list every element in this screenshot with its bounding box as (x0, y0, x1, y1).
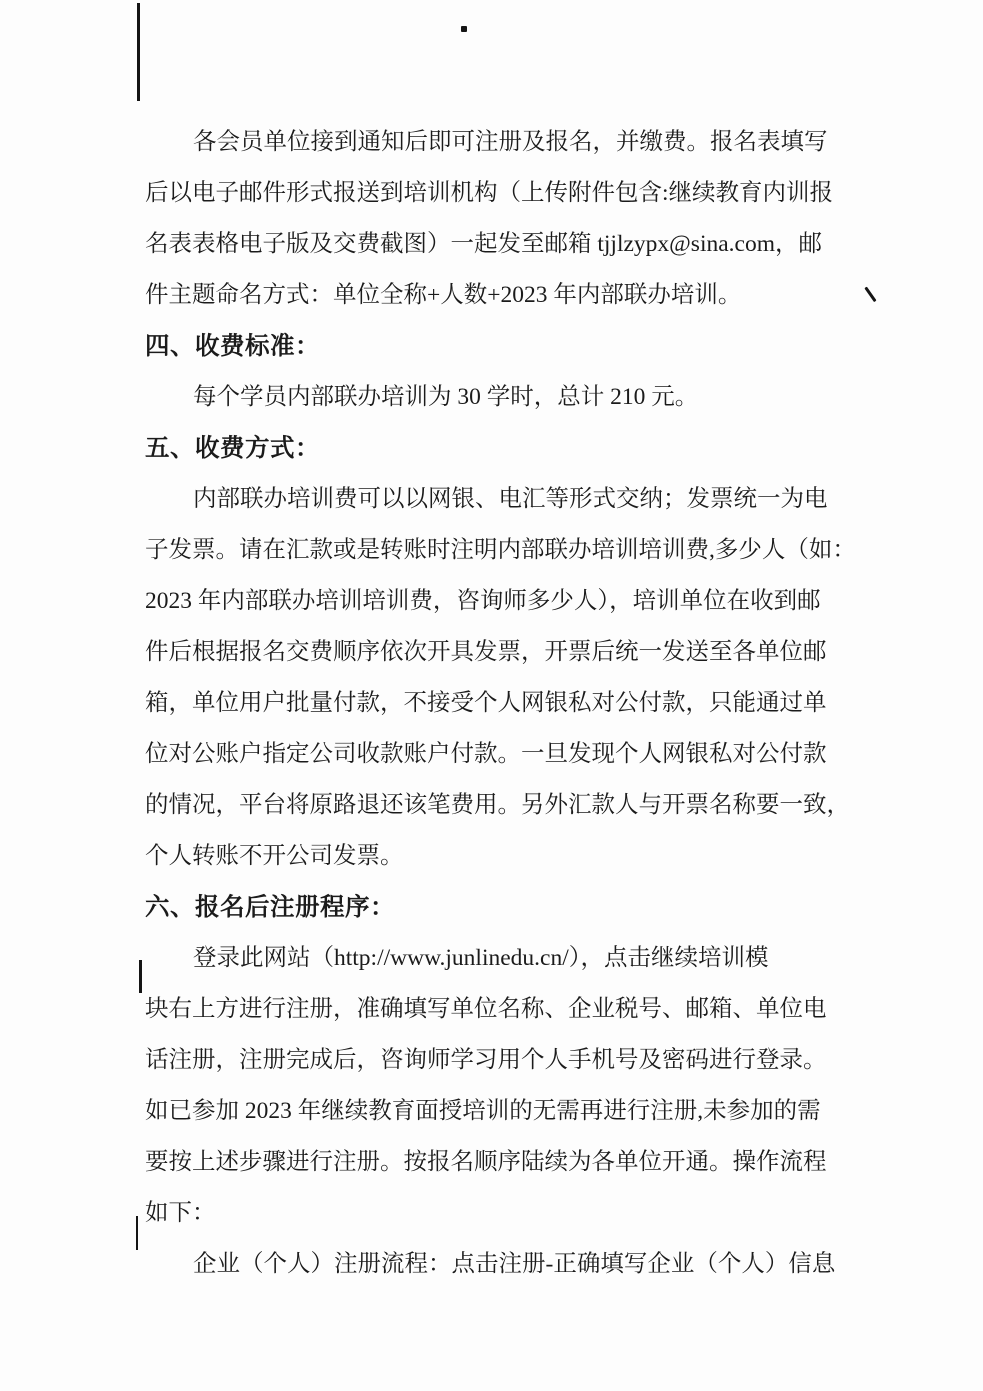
intro-paragraph-line: 各会员单位接到通知后即可注册及报名，并缴费。报名表填写 (145, 117, 853, 168)
payment-method-line: 位对公账户指定公司收款账户付款。一旦发现个人网银私对公付款 (145, 729, 853, 780)
scan-artifact-margin-tick-2 (136, 1216, 138, 1250)
registration-procedure-line: 块右上方进行注册，准确填写单位名称、企业税号、邮箱、单位电 (145, 984, 853, 1035)
scan-artifact-vertical-line (137, 3, 140, 101)
payment-method-line: 子发票。请在汇款或是转账时注明内部联办培训培训费,多少人（如： (145, 525, 853, 576)
closing-paragraph-line: 企业（个人）注册流程：点击注册-正确填写企业（个人）信息 (145, 1239, 853, 1290)
section-heading-payment-method: 五、收费方式： (145, 423, 853, 474)
intro-paragraph-line: 件主题命名方式：单位全称+人数+2023 年内部联办培训。 (145, 270, 853, 321)
intro-paragraph-line: 名表表格电子版及交费截图）一起发至邮箱 tjjlzypx@sina.com，邮 (145, 219, 853, 270)
registration-procedure-line: 要按上述步骤进行注册。按报名顺序陆续为各单位开通。操作流程 (145, 1137, 853, 1188)
intro-paragraph-line: 后以电子邮件形式报送到培训机构（上传附件包含:继续教育内训报 (145, 168, 853, 219)
payment-method-line: 2023 年内部联办培训培训费，咨询师多少人），培训单位在收到邮 (145, 576, 853, 627)
document-body: 各会员单位接到通知后即可注册及报名，并缴费。报名表填写 后以电子邮件形式报送到培… (145, 117, 853, 1290)
registration-procedure-line: 如已参加 2023 年继续教育面授培训的无需再进行注册,未参加的需 (145, 1086, 853, 1137)
scan-artifact-diagonal-mark (864, 287, 876, 302)
fee-standard-line: 每个学员内部联办培训为 30 学时，总计 210 元。 (145, 372, 853, 423)
payment-method-line: 个人转账不开公司发票。 (145, 831, 853, 882)
section-heading-fee-standard: 四、收费标准： (145, 321, 853, 372)
section-heading-registration-procedure: 六、报名后注册程序： (145, 882, 853, 933)
registration-procedure-line: 如下： (145, 1188, 853, 1239)
payment-method-line: 件后根据报名交费顺序依次开具发票，开票后统一发送至各单位邮 (145, 627, 853, 678)
scanned-notice-page: 各会员单位接到通知后即可注册及报名，并缴费。报名表填写 后以电子邮件形式报送到培… (0, 0, 983, 1391)
scan-artifact-margin-tick-1 (139, 960, 142, 993)
registration-procedure-line: 登录此网站（http://www.junlinedu.cn/），点击继续培训模 (145, 933, 853, 984)
payment-method-line: 的情况，平台将原路退还该笔费用。另外汇款人与开票名称要一致， (145, 780, 853, 831)
scan-artifact-dot (461, 26, 467, 32)
registration-procedure-line: 话注册，注册完成后，咨询师学习用个人手机号及密码进行登录。 (145, 1035, 853, 1086)
payment-method-line: 内部联办培训费可以以网银、电汇等形式交纳；发票统一为电 (145, 474, 853, 525)
payment-method-line: 箱，单位用户批量付款，不接受个人网银私对公付款，只能通过单 (145, 678, 853, 729)
